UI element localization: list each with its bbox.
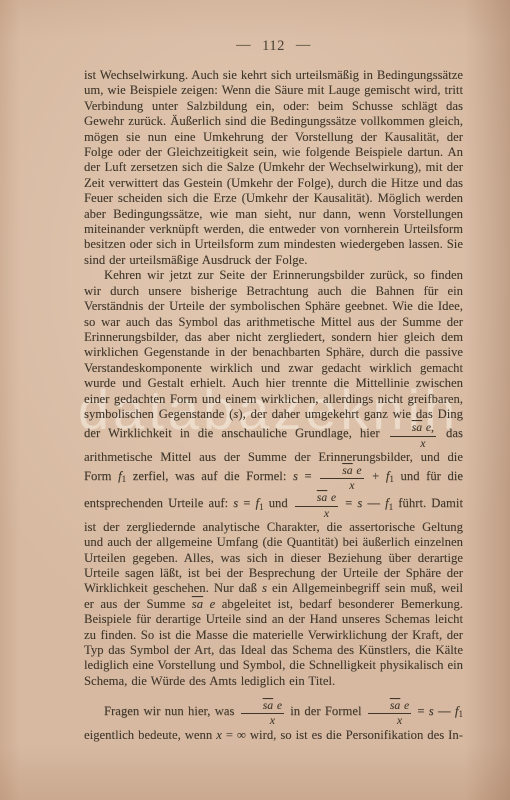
- math-fraction: sa ex: [320, 465, 363, 492]
- page-text-block: —112— ist Wechselwirkung. Auch sie kehrt…: [84, 38, 463, 743]
- math-fraction: sa ex: [241, 700, 284, 727]
- paragraph: Kehren wir jetzt zur Seite der Erinnerun…: [84, 268, 463, 689]
- page-header: —112—: [84, 38, 463, 55]
- math-fraction: sa ex: [368, 700, 411, 727]
- page-scan: databazeknih —112— ist Wechselwirkung. A…: [0, 0, 510, 800]
- math-fraction: sa ex: [295, 492, 338, 519]
- math-fraction: sa e,x: [390, 422, 436, 449]
- paragraph: Fragen wir nun hier, was sa ex in der Fo…: [84, 700, 463, 743]
- body-text: ist Wechselwirkung. Auch sie kehrt sich …: [84, 68, 463, 743]
- header-dash-right: —: [296, 37, 311, 53]
- page-number: 112: [262, 38, 285, 54]
- paragraph: ist Wechselwirkung. Auch sie kehrt sich …: [84, 68, 463, 268]
- header-dash-left: —: [236, 37, 251, 53]
- scanned-book-page: { "colors": { "paper": "#d7b9a1", "ink":…: [0, 0, 510, 800]
